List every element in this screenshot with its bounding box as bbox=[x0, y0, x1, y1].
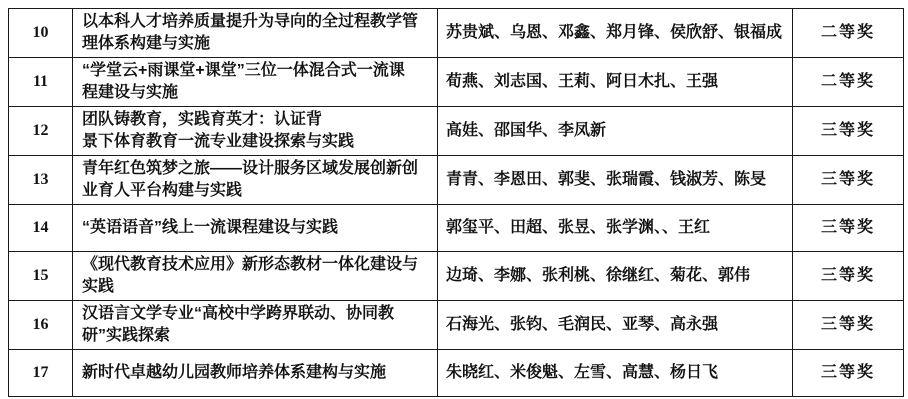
row-number-cell: 16 bbox=[9, 301, 73, 350]
table-row: 13 青年红色筑梦之旅——设计服务区域发展创新创 业育人平台构建与实践 青青、李… bbox=[9, 156, 904, 205]
members-cell: 苏贵斌、乌恩、邓鑫、郑月锋、侯欣舒、银福成 bbox=[438, 9, 793, 58]
row-number-cell: 12 bbox=[9, 107, 73, 156]
project-title-cell: “学堂云+雨课堂+课堂”三位一体混合式一流课 程建设与实施 bbox=[73, 58, 438, 107]
document-page: 10 以本科人才培养质量提升为导向的全过程教学管 理体系构建与实施 苏贵斌、乌恩… bbox=[0, 0, 908, 399]
table-row: 11 “学堂云+雨课堂+课堂”三位一体混合式一流课 程建设与实施 荀燕、刘志国、… bbox=[9, 58, 904, 107]
award-level-cell: 三等奖 bbox=[793, 350, 904, 397]
row-number-cell: 13 bbox=[9, 156, 73, 205]
members-cell: 荀燕、刘志国、王莉、阿日木扎、王强 bbox=[438, 58, 793, 107]
row-number-cell: 15 bbox=[9, 252, 73, 301]
members-cell: 边琦、李娜、张利桃、徐继红、菊花、郭伟 bbox=[438, 252, 793, 301]
award-level-cell: 二等奖 bbox=[793, 58, 904, 107]
table-row: 14 “英语语音”线上一流课程建设与实践 郭玺平、田超、张昱、张学渊、、王红 三… bbox=[9, 205, 904, 252]
award-results-table: 10 以本科人才培养质量提升为导向的全过程教学管 理体系构建与实施 苏贵斌、乌恩… bbox=[8, 8, 904, 397]
award-level-cell: 二等奖 bbox=[793, 9, 904, 58]
award-level-cell: 三等奖 bbox=[793, 252, 904, 301]
table-row: 15 《现代教育技术应用》新形态教材一体化建设与 实践 边琦、李娜、张利桃、徐继… bbox=[9, 252, 904, 301]
row-number-cell: 10 bbox=[9, 9, 73, 58]
row-number-cell: 14 bbox=[9, 205, 73, 252]
table-row: 12 团队铸教育，实践育英才：认证背 景下体育教育一流专业建设探索与实践 高娃、… bbox=[9, 107, 904, 156]
project-title-cell: “英语语音”线上一流课程建设与实践 bbox=[73, 205, 438, 252]
project-title-cell: 《现代教育技术应用》新形态教材一体化建设与 实践 bbox=[73, 252, 438, 301]
award-level-cell: 三等奖 bbox=[793, 205, 904, 252]
project-title-cell: 新时代卓越幼儿园教师培养体系建构与实施 bbox=[73, 350, 438, 397]
award-level-cell: 三等奖 bbox=[793, 156, 904, 205]
project-title-cell: 汉语言文学专业“高校中学跨界联动、协同教 研”实践探索 bbox=[73, 301, 438, 350]
members-cell: 高娃、邵国华、李凤新 bbox=[438, 107, 793, 156]
table-row: 16 汉语言文学专业“高校中学跨界联动、协同教 研”实践探索 石海光、张钧、毛润… bbox=[9, 301, 904, 350]
award-level-cell: 三等奖 bbox=[793, 301, 904, 350]
table-row: 17 新时代卓越幼儿园教师培养体系建构与实施 朱晓红、米俊魁、左雪、高慧、杨日飞… bbox=[9, 350, 904, 397]
row-number-cell: 11 bbox=[9, 58, 73, 107]
table-row: 10 以本科人才培养质量提升为导向的全过程教学管 理体系构建与实施 苏贵斌、乌恩… bbox=[9, 9, 904, 58]
members-cell: 青青、李恩田、郭斐、张瑞霞、钱淑芳、陈旻 bbox=[438, 156, 793, 205]
project-title-cell: 青年红色筑梦之旅——设计服务区域发展创新创 业育人平台构建与实践 bbox=[73, 156, 438, 205]
award-level-cell: 三等奖 bbox=[793, 107, 904, 156]
members-cell: 朱晓红、米俊魁、左雪、高慧、杨日飞 bbox=[438, 350, 793, 397]
row-number-cell: 17 bbox=[9, 350, 73, 397]
members-cell: 石海光、张钧、毛润民、亚琴、高永强 bbox=[438, 301, 793, 350]
project-title-cell: 团队铸教育，实践育英才：认证背 景下体育教育一流专业建设探索与实践 bbox=[73, 107, 438, 156]
project-title-cell: 以本科人才培养质量提升为导向的全过程教学管 理体系构建与实施 bbox=[73, 9, 438, 58]
members-cell: 郭玺平、田超、张昱、张学渊、、王红 bbox=[438, 205, 793, 252]
